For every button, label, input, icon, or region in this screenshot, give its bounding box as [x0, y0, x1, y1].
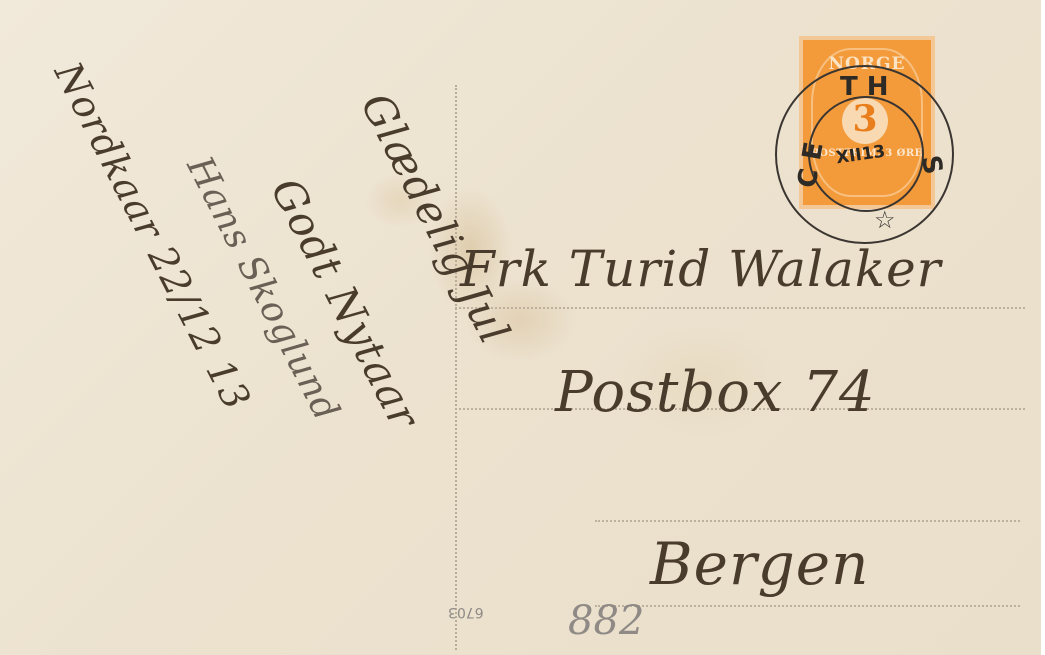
address-line-1 [455, 307, 1025, 309]
recipient-city: Bergen [650, 530, 869, 598]
recipient-street: Postbox 74 [555, 360, 876, 425]
address-line-3 [595, 520, 1020, 522]
pencil-note-large: 882 [568, 598, 644, 644]
postmark-town-top: T H [840, 72, 889, 102]
address-line-4 [595, 605, 1020, 607]
center-divider [455, 85, 457, 650]
scan-edge [1041, 0, 1045, 655]
postcard-back: Glædelig Jul Godt Nytaar Hans Skoglund N… [0, 0, 1045, 655]
pencil-note-small: 6703 [448, 604, 484, 620]
recipient-name: Frk Turid Walaker [460, 240, 942, 298]
postmark-star-icon: ☆ [874, 206, 896, 234]
